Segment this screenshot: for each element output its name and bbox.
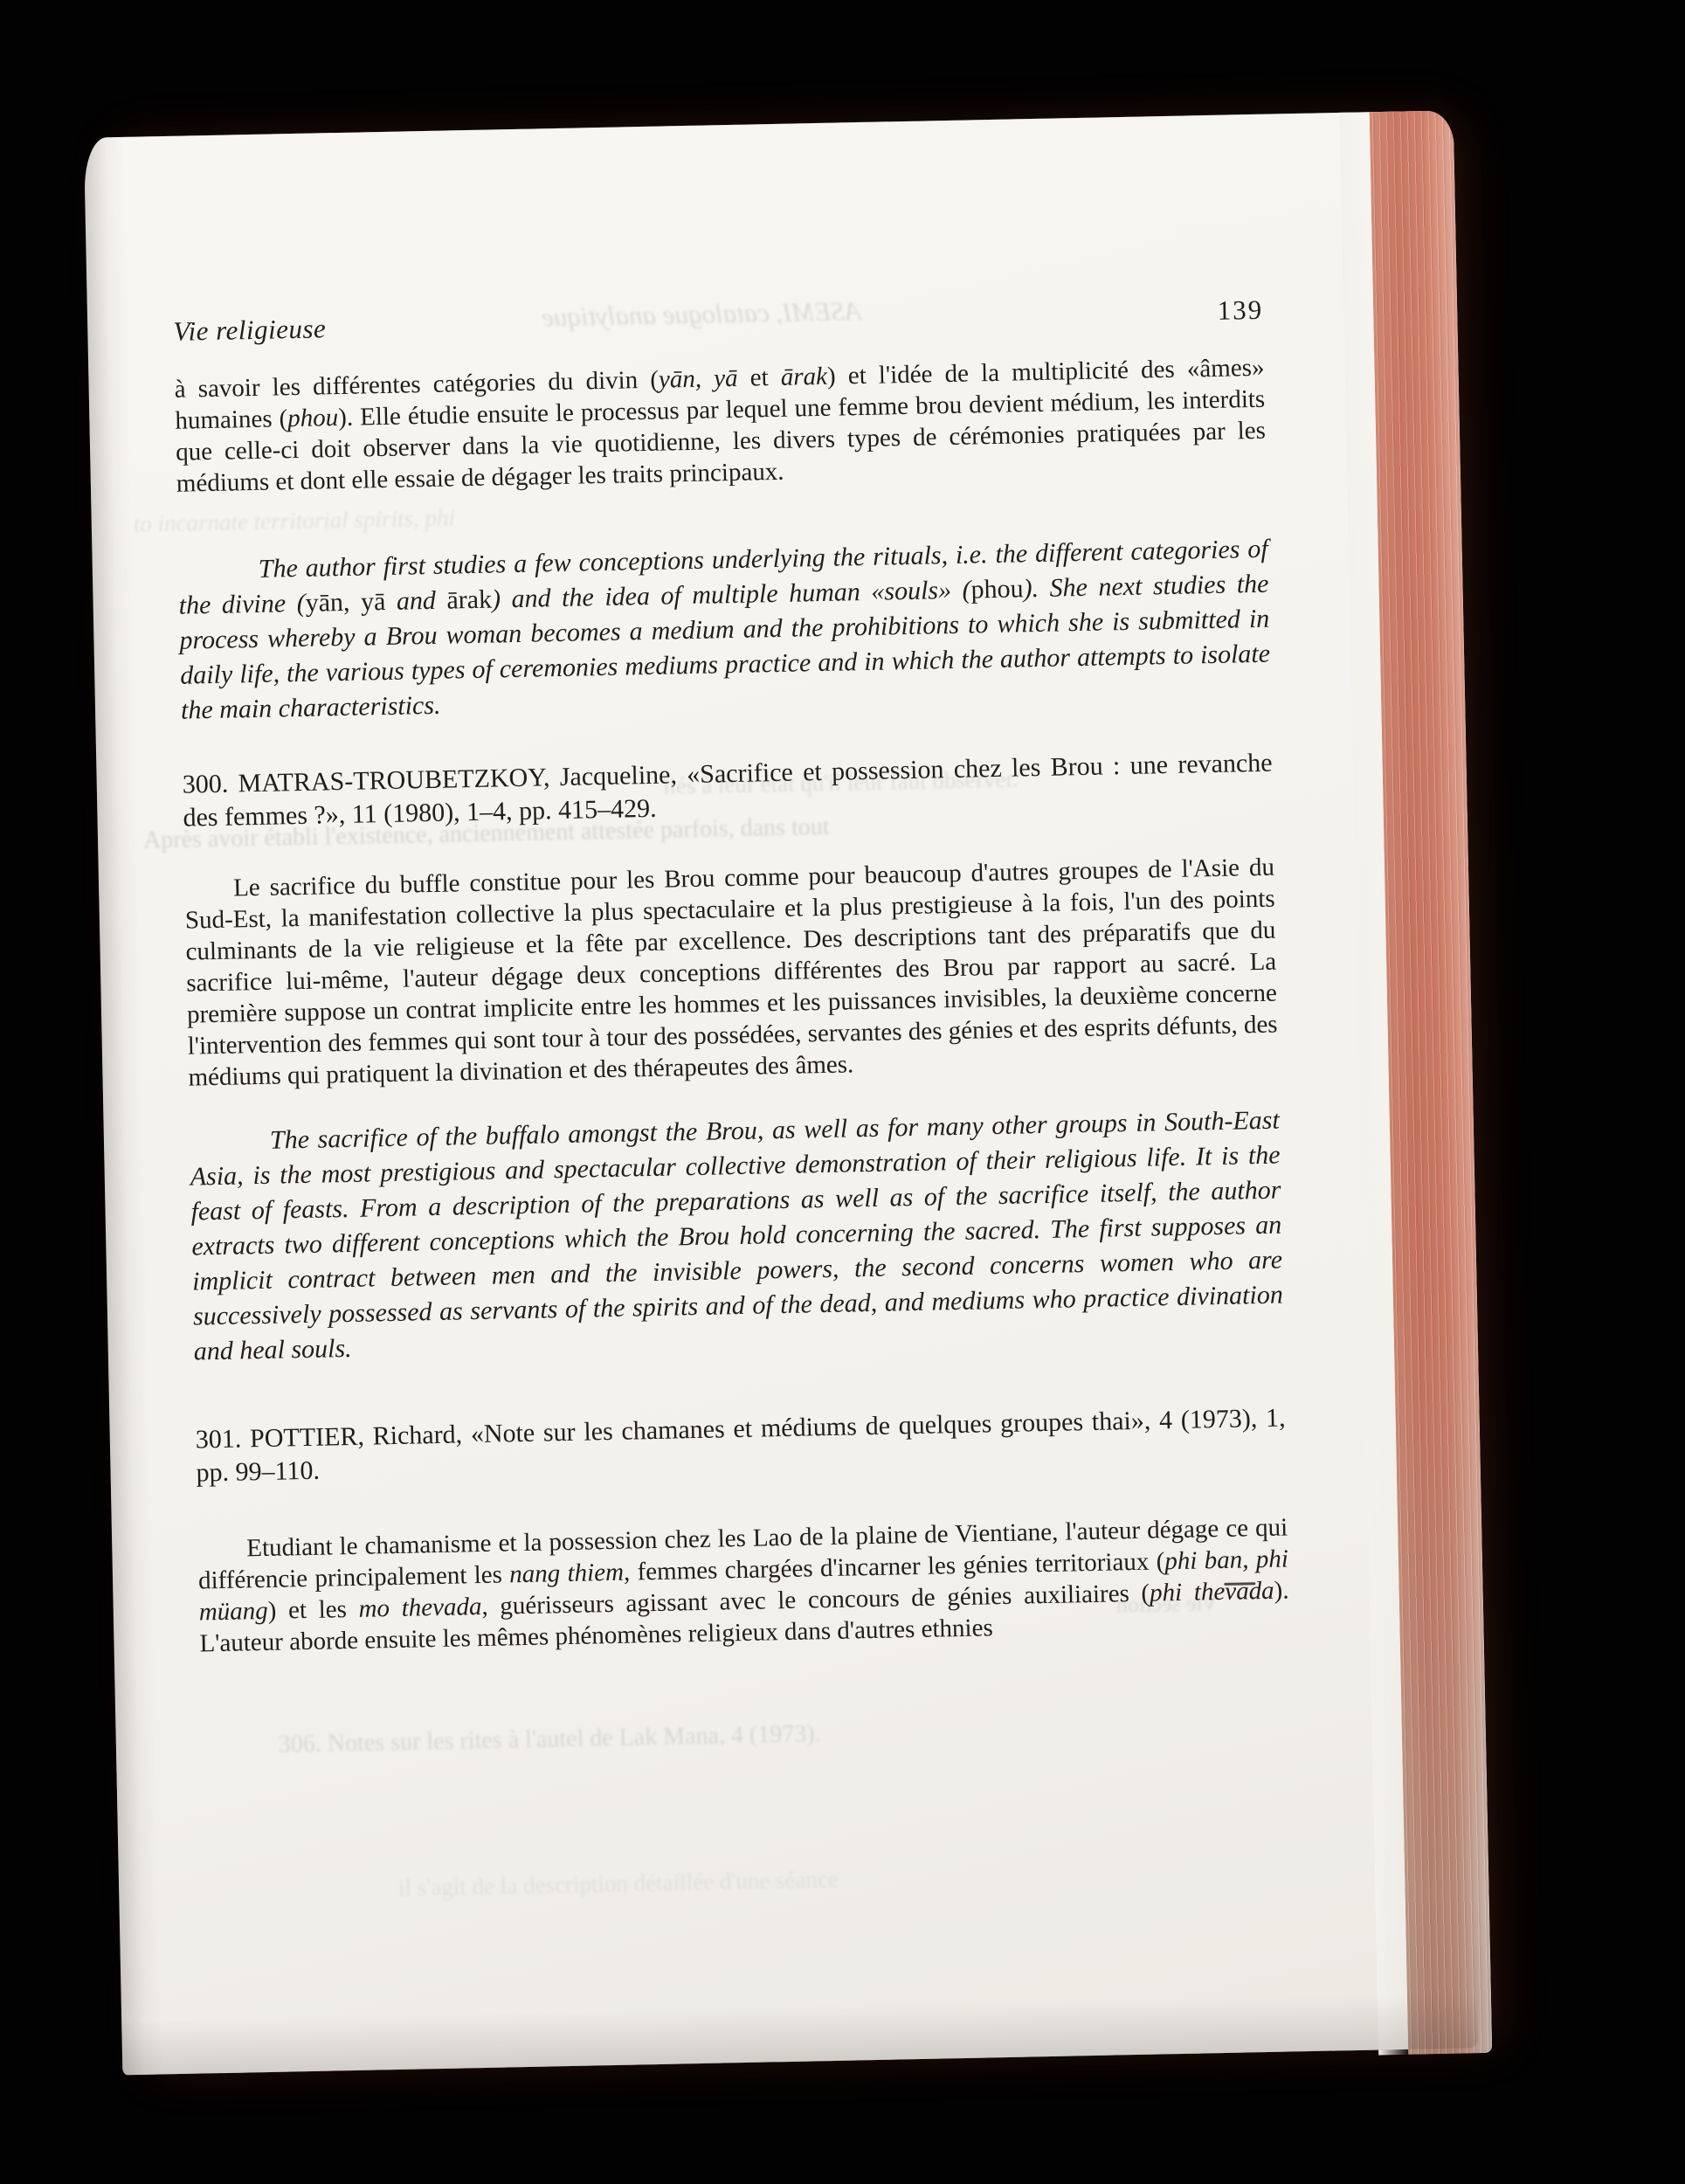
emphasized-term: nang thiem: [509, 1559, 624, 1589]
entry-300-heading: 300. MATRAS-TROUBETZKOY, Jacqueline, «Sa…: [182, 747, 1273, 835]
section-title: Vie religieuse: [173, 313, 327, 348]
text-run: Le sacrifice du buffle constitue pour le…: [185, 854, 1278, 1092]
showthrough-ghost-text: il s'agit de la description détaillée d'…: [398, 1866, 839, 1902]
emphasized-term: yān, yā: [305, 587, 385, 618]
book-fore-edge-pages: [1370, 110, 1493, 2054]
emphasized-term: yān, yā: [659, 364, 738, 394]
entry-300-english-abstract: The sacrifice of the buffalo amongst the…: [190, 1103, 1284, 1370]
text-run: 301. POTTIER, Richard, «Note sur les cha…: [196, 1403, 1286, 1487]
text-run: The sacrifice of the buffalo amongst the…: [190, 1106, 1283, 1366]
emphasized-term: phou: [970, 574, 1024, 604]
entry-301-heading: 301. POTTIER, Richard, «Note sur les cha…: [195, 1401, 1286, 1489]
text-run: ). Elle étudie ensuite le processus par …: [176, 385, 1266, 498]
text-block: Vie religieuse 139 à savoir les différen…: [173, 294, 1290, 1660]
emphasized-term: ārak: [781, 363, 828, 391]
text-run: 300. MATRAS-TROUBETZKOY, Jacqueline, «Sa…: [182, 749, 1272, 833]
emphasized-term: ārak: [446, 585, 492, 615]
page-number: 139: [1217, 294, 1263, 327]
entry-300-french-abstract: Le sacrifice du buffle constitue pour le…: [184, 852, 1279, 1094]
running-header: Vie religieuse 139: [173, 294, 1263, 348]
emphasized-term: mo thevada: [358, 1593, 482, 1623]
entry-301-french-abstract: Etudiant le chamanisme et la possession …: [197, 1511, 1290, 1659]
emphasized-term: phou: [287, 404, 339, 432]
photo-background: ASEMI, catalogue analytiqueto incarnate …: [0, 0, 1685, 2184]
emphasized-term: phi thevada: [1150, 1577, 1274, 1607]
paragraph-continuation: à savoir les différentes catégories du d…: [174, 352, 1267, 500]
showthrough-ghost-text: 306. Notes sur les rites à l'autel de La…: [279, 1720, 821, 1759]
text-run: et: [737, 363, 781, 392]
text-run: ) and the idea of multiple human «souls»…: [492, 576, 971, 614]
showthrough-layer: ASEMI, catalogue analytiqueto incarnate …: [84, 111, 1440, 138]
text-run: ) et les: [267, 1595, 358, 1625]
book-page: ASEMI, catalogue analytiqueto incarnate …: [84, 111, 1478, 2076]
text-run: and: [385, 586, 447, 616]
abstract-english-299: The author first studies a few conceptio…: [177, 532, 1271, 729]
